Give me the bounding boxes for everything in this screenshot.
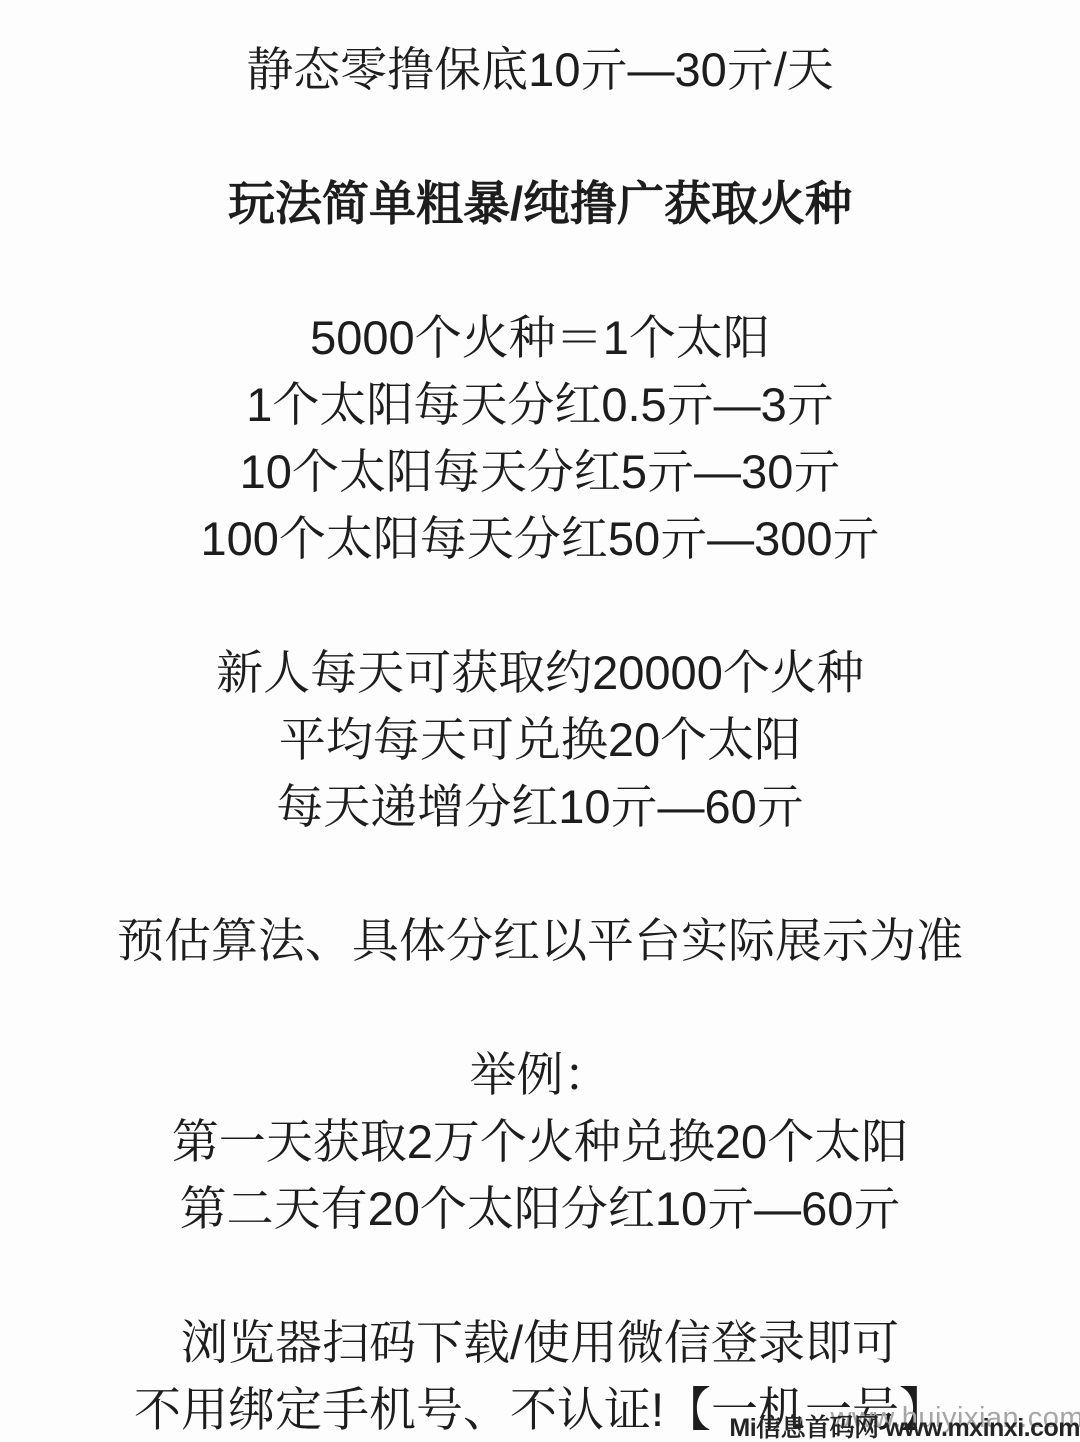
subtitle-group: 玩法简单粗暴/纯撸广获取火种 <box>0 170 1080 237</box>
text-line: 平均每天可兑换20个太阳 <box>0 706 1080 773</box>
disclaimer-group: 预估算法、具体分红以平台实际展示为准 <box>0 907 1080 974</box>
headline-text: 静态零撸保底10亓—30亓/天 <box>0 36 1080 103</box>
text-line: 100个太阳每天分红50亓—300亓 <box>0 505 1080 572</box>
disclaimer-text: 预估算法、具体分红以平台实际展示为准 <box>0 907 1080 974</box>
example-group: 举例： 第一天获取2万个火种兑换20个太阳 第二天有20个太阳分红10亓—60亓 <box>0 1041 1080 1242</box>
headline-group: 静态零撸保底10亓—30亓/天 <box>0 36 1080 103</box>
text-line: 10个太阳每天分红5亓—30亓 <box>0 438 1080 505</box>
text-line: 第二天有20个太阳分红10亓—60亓 <box>0 1175 1080 1242</box>
text-line: 第一天获取2万个火种兑换20个太阳 <box>0 1108 1080 1175</box>
text-line: 1个太阳每天分红0.5亓—3亓 <box>0 371 1080 438</box>
promo-flyer: 静态零撸保底10亓—30亓/天 玩法简单粗暴/纯撸广获取火种 5000个火种＝1… <box>0 0 1080 1442</box>
subtitle-text: 玩法简单粗暴/纯撸广获取火种 <box>0 170 1080 237</box>
newcomer-info-group: 新人每天可获取约20000个火种 平均每天可兑换20个太阳 每天递增分红10亓—… <box>0 639 1080 840</box>
watermark-mxinxi: Mi信息首码网 www.mxinxi.com <box>729 1408 1080 1442</box>
text-line: 每天递增分红10亓—60亓 <box>0 773 1080 840</box>
text-line: 5000个火种＝1个太阳 <box>0 304 1080 371</box>
example-label: 举例： <box>0 1041 1080 1108</box>
text-line: 新人每天可获取约20000个火种 <box>0 639 1080 706</box>
text-line: 浏览器扫码下载/使用微信登录即可 <box>0 1309 1080 1376</box>
dividend-table-group: 5000个火种＝1个太阳 1个太阳每天分红0.5亓—3亓 10个太阳每天分红5亓… <box>0 304 1080 572</box>
